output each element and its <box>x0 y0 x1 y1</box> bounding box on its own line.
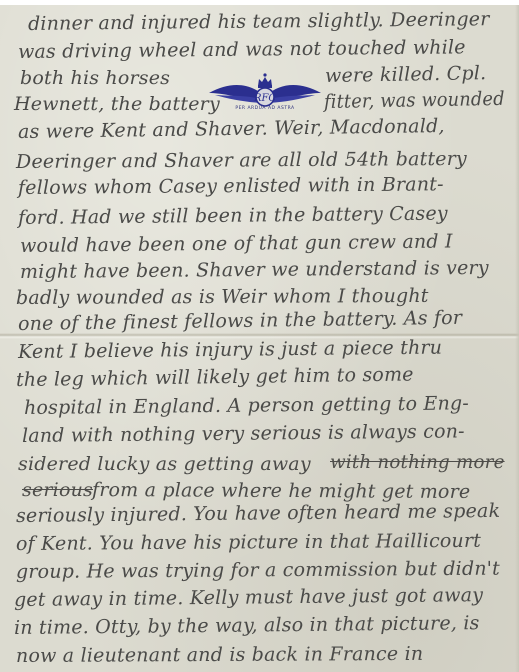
letter-line-4a: Hewnett, the battery <box>14 93 220 115</box>
letter-line-11: badly wounded as is Weir whom I thought <box>16 285 429 309</box>
letter-line-10: might have been. Shaver we understand is… <box>20 257 489 283</box>
letter-line-7: fellows whom Casey enlisted with in Bran… <box>18 173 444 199</box>
letter-line-19: seriously injured. You have often heard … <box>16 500 500 527</box>
letter-line-6: Deeringer and Shaver are all old 54th ba… <box>16 148 467 173</box>
paper-edge <box>515 5 519 672</box>
letter-line-16: land with nothing very serious is always… <box>22 420 465 447</box>
letter-line-1: dinner and injured his team slightly. De… <box>28 8 490 35</box>
letter-line-17b-struck: with nothing more <box>330 451 505 473</box>
letter-line-22: get away in time. Kelly must have just g… <box>14 584 483 611</box>
letter-line-21: group. He was trying for a commission bu… <box>16 558 500 583</box>
letter-line-3b: were killed. Cpl. <box>325 62 487 87</box>
letter-line-14: the leg which will likely get him to som… <box>16 363 414 391</box>
royal-flying-corps-wings-icon: RFC PER ARDUA AD ASTRA <box>205 69 325 121</box>
letter-line-4b: fitter, was wounded <box>324 88 505 113</box>
letter-line-15: hospital in England. A person getting to… <box>24 392 469 419</box>
insignia-motto: PER ARDUA AD ASTRA <box>227 106 303 111</box>
letter-line-3a: both his horses <box>20 67 170 89</box>
letter-line-2: was driving wheel and was not touched wh… <box>18 36 466 63</box>
letter-line-9: would have been one of that gun crew and… <box>20 230 453 257</box>
letter-line-13: Kent I believe his injury is just a piec… <box>18 337 442 363</box>
letter-page: RFC PER ARDUA AD ASTRA dinner and injure… <box>0 5 519 672</box>
letter-line-23: in time. Otty, by the way, also in that … <box>14 612 480 639</box>
letter-line-5: as were Kent and Shaver. Weir, Macdonald… <box>18 115 445 143</box>
letter-line-24: now a lieutenant and is back in France i… <box>16 643 423 667</box>
svg-text:RFC: RFC <box>253 93 276 104</box>
letter-line-18b: from a place where he might get more <box>92 479 470 503</box>
letter-line-17a: sidered lucky as getting away <box>18 453 311 475</box>
letter-line-18a-struck: serious <box>22 479 93 501</box>
letter-line-8: ford. Had we still been in the battery C… <box>18 202 448 228</box>
letter-line-12: one of the finest fellows in the battery… <box>18 307 462 335</box>
letter-line-20: of Kent. You have his picture in that Ha… <box>16 530 481 555</box>
